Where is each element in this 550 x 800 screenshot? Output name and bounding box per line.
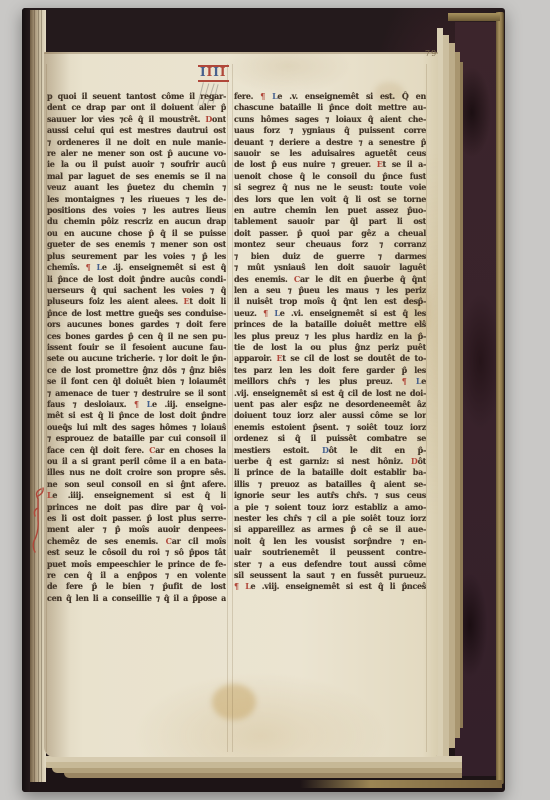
text-line: dent ce drap par ont il doiuent aler p̂ — [47, 102, 226, 113]
text-line: mêt si est q̂ li p̂nce de lost doit p̂nd… — [47, 410, 226, 421]
text-line: p quoi il seuent tantost côme il regar- — [47, 91, 226, 102]
text-line: veuz auant les p̂uetez du chemin ⁊ — [47, 182, 226, 193]
text-line: si segrez q̂ nus ne le seust: toute voie — [234, 182, 426, 193]
text-line: faus ⁊ desloiaux. ¶ Le .iij. enseigne- — [47, 399, 226, 410]
text-line: uerseurs q̂ qui sachent les voies ⁊ q̂ — [47, 285, 226, 296]
text-line: tes parz len les doit fere garder p̂ les — [234, 365, 426, 376]
heading-letter: I — [213, 65, 220, 79]
text-line: montez seur cheuaus forz ⁊ corranz — [234, 239, 426, 250]
text-line: de lost p̂ eus nuire ⁊ greuer. Et se il … — [234, 159, 426, 170]
text-line: re aler ne mener son ost p̂ aucune vo- — [47, 148, 226, 159]
text-line: fere. ¶ Le .v. enseignemêt si est. Q̂ en — [234, 91, 426, 102]
text-line: ignorie seur les autr̂s chr̂s. ⁊ sus ceu… — [234, 490, 426, 501]
text-line: ¶ Le .viij. enseignemêt si est q̂ li p̂n… — [234, 581, 426, 592]
text-line: uerbe q̂ est garniz: si nest hôniz. Dôt — [234, 456, 426, 467]
text-line: p̂nce de lost mettre gueq̂s ses conduise… — [47, 308, 226, 319]
text-column-left: p quoi il seuent tantost côme il regar-d… — [47, 91, 226, 604]
gold-trim-right — [496, 12, 504, 784]
text-line: illes nus ne doit croire son propre sês. — [47, 467, 226, 478]
text-line: uent pas aler esp̂z ne desordeneemêt âz — [234, 399, 426, 410]
text-line: les montaignes ⁊ les riueues ⁊ les de- — [47, 194, 226, 205]
text-line: des lors que len voit q̂ li ost se torne — [234, 194, 426, 205]
text-line: face cen q̂l doit fere. Car en choses la — [47, 445, 226, 456]
text-line: sauuer lor vies ⁊cê q̂ il moustrêt. Dont — [47, 114, 226, 125]
text-line: li p̂nce de lost doit p̂ndre aucûs condi… — [47, 274, 226, 285]
text-line: re cen q̂ il a enp̂pos ⁊ en volente — [47, 570, 226, 581]
text-line: puet moîs empeeschier le prince de fe- — [47, 559, 226, 570]
text-line: positions des voies ⁊ les autres lieus — [47, 205, 226, 216]
photo-background: IIII 79 p quoi il seuent tantost côme il… — [0, 0, 550, 800]
text-line: li prince de la bataille doit establir b… — [234, 467, 426, 478]
text-line: aussi celui qui est mestres dautrui ost — [47, 125, 226, 136]
ruling-line-divider — [232, 64, 233, 752]
text-line: sauoir se les aduisaires aguetêt ceus — [234, 148, 426, 159]
text-line: ster ⁊ a eus defendre tout aussi côme — [234, 559, 426, 570]
heading-letter: I — [220, 65, 227, 79]
text-line: sil seussent la saut ⁊ en fussêt purueuz… — [234, 570, 426, 581]
text-line: uenoit chose q̂ le consoil du p̂nce fust — [234, 171, 426, 182]
text-line: deuant ⁊ deriere a destre ⁊ a senestre p… — [234, 137, 426, 148]
text-line: mal par laguet de ses enemis se il na — [47, 171, 226, 182]
text-line: chemêz de ses enemis. Car cil moîs — [47, 536, 226, 547]
text-line: es li ost doit passer. p̂ lost plus serr… — [47, 513, 226, 524]
text-line: ueuz. ¶ Le .vi. enseignemêt si est q̂ le… — [234, 308, 426, 319]
text-line: princes ne doit pas dire par q̂ voi- — [47, 502, 226, 513]
text-line: apparoir. Et se cil de lost se doutêt de… — [234, 353, 426, 364]
text-line: uair soutrienemêt il peussent contre- — [234, 547, 426, 558]
text-line: ⁊ bien duiz de guerre ⁊ darmes — [234, 251, 426, 262]
text-line: ne son seul consoil en si ĝnt afere. — [47, 479, 226, 490]
parchment-stain — [212, 684, 256, 720]
text-line: ie la ou il puist auoir ⁊ soufrir aucû — [47, 159, 226, 170]
ruling-line-divider — [227, 64, 228, 752]
text-line: len a seu ⁊ p̂ueu les maus ⁊ les periz — [234, 285, 426, 296]
text-line: Le .iiij. enseignement si est q̂ li — [47, 490, 226, 501]
text-line: de fere p̂ le bien ⁊ p̂ufit de lost — [47, 581, 226, 592]
text-line: issent fouir se il fesoient aucune fau- — [47, 342, 226, 353]
text-line: mestiers estoit. Dôt le dit en p̂- — [234, 445, 426, 456]
folio-heading-numeral: IIII — [198, 65, 229, 82]
cover-spine-edge — [22, 8, 30, 792]
text-line: plus seurement par les voies ⁊ p̂ les — [47, 251, 226, 262]
text-line: cuns hômes sages ⁊ loiaux q̂ aient che- — [234, 114, 426, 125]
text-line: enemis estoient p̂sent. ⁊ soiêt touz ior… — [234, 422, 426, 433]
text-line: les plus preuz ⁊ les plus hardiz en la p… — [234, 331, 426, 342]
gold-trim-top-corner — [448, 13, 500, 21]
text-line: .vij. enseignemêt si est q̂ cil de lost … — [234, 388, 426, 399]
text-line: doit passer. p̂ quoi par gêz a cheual — [234, 228, 426, 239]
text-line: ou en aucune chose p̂ q̂ il se puisse — [47, 228, 226, 239]
text-line: ment aler ⁊ p̂ moîs auoir denpees- — [47, 524, 226, 535]
margin-initial-flourish — [31, 486, 47, 558]
text-line: il nuisêt trop moîs q̂ q̂nt len est desp… — [234, 296, 426, 307]
text-line: princes de la bataille doiuêt mettre elŝ — [234, 319, 426, 330]
text-line: chascune bataille li p̂nce doit mettre a… — [234, 102, 426, 113]
text-line: doiuent touz iorz aler aussi côme se lor — [234, 410, 426, 421]
text-line: ⁊ esprouez de bataille par cui consoil i… — [47, 433, 226, 444]
text-line: du chemin pôiz rescriz en aucun drap — [47, 216, 226, 227]
text-line: ⁊ amenace de tuer ⁊ destruire se il sont — [47, 388, 226, 399]
text-line: se il font cen q̂l doiuêt bien ⁊ loiaumê… — [47, 376, 226, 387]
text-line: ou il a si grant peril côme il a en bata… — [47, 456, 226, 467]
text-line: pluseurs foiz les aient alees. Et doit l… — [47, 296, 226, 307]
text-column-right: fere. ¶ Le .v. enseignemêt si est. Q̂ en… — [234, 91, 426, 593]
text-line: ⁊ ordeneres il ne doit en nule manie- — [47, 137, 226, 148]
ruling-line-right — [426, 64, 427, 752]
text-line: chemîs. ¶ Le .ij. enseignemêt si est q̂ — [47, 262, 226, 273]
gold-trim-bottom — [300, 780, 502, 788]
text-line: ces bones gardes p̂ cen q̂ il ne sen pu- — [47, 331, 226, 342]
text-line: ⁊ mût ysniauŝ len doit sauoir laguêt — [234, 262, 426, 273]
text-line: oueq̂s lui mlt des sages hômes ⁊ loiauŝ — [47, 422, 226, 433]
page-top-edge — [44, 52, 438, 54]
text-line: tie de lost la ou plus ĝnz periz puêt — [234, 342, 426, 353]
text-line: ce de lost promettre ĝnz dôs ⁊ ĝnz biês — [47, 365, 226, 376]
text-line: des enemis. Car le dit en p̂uerbe q̂ q̂n… — [234, 274, 426, 285]
folio-number: 79 — [425, 49, 437, 58]
text-line: nester les chr̂s ⁊ cil a pie soiêt touz … — [234, 513, 426, 524]
text-line: illis ⁊ preuoz as batailles q̂ aient se- — [234, 479, 426, 490]
text-line: cen q̂ len li a conseillie ⁊ q̂ il a p̂p… — [47, 593, 226, 604]
text-line: en autre chemin len puet assez p̂uo- — [234, 205, 426, 216]
text-line: noit q̂ len les vousist sorp̂ndre ⁊ en- — [234, 536, 426, 547]
text-line: a pie ⁊ soient touz iorz establiz a amo- — [234, 502, 426, 513]
text-line: si appareillez as armes p̂ cê se il aue- — [234, 524, 426, 535]
text-line: ordenez si q̂ il puissêt combatre se — [234, 433, 426, 444]
text-line: gueter de ses enemis ⁊ mener son ost — [47, 239, 226, 250]
heading-letter: I — [200, 65, 207, 79]
manuscript-page: IIII 79 p quoi il seuent tantost côme il… — [44, 52, 438, 757]
text-line: tablement sauoir par q̂l part li ost — [234, 216, 426, 227]
text-line: sete ou aucune tricherie. ⁊ lor doit le … — [47, 353, 226, 364]
text-line: meillors chr̂s ⁊ les plus preuz. ¶ Le — [234, 376, 426, 387]
text-line: est seuz le côsoil du roi ⁊ sô p̂pos tât — [47, 547, 226, 558]
text-line: uaus forz ⁊ ygniaus q̂ puissent corre — [234, 125, 426, 136]
page-stack-right-edge — [437, 26, 463, 772]
page-stack-bottom-edge — [34, 756, 462, 780]
text-line: ors aucunes bones gardes ⁊ doit fere — [47, 319, 226, 330]
